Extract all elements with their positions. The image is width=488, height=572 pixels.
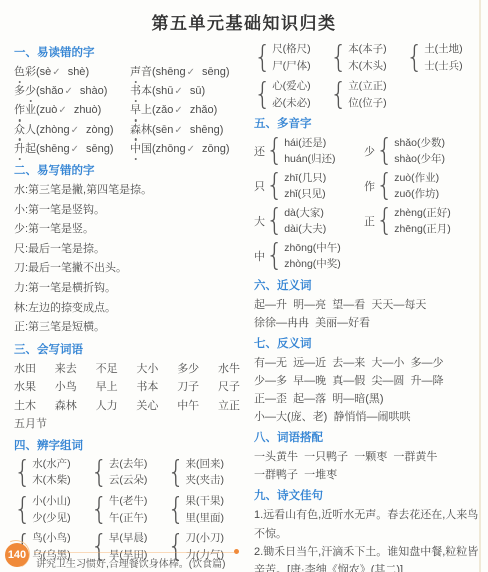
word-chars: 早上 — [130, 104, 152, 116]
word: 中午 — [177, 397, 199, 416]
compare-row: {小(小山)少(少见){牛(老牛)午(正午){果(干果)里(里面) — [14, 493, 244, 526]
polyphone-char: 正 — [364, 213, 375, 229]
brace-lines: 本(本子)木(木头) — [348, 41, 387, 74]
checkmark-icon: ✓ — [71, 125, 79, 136]
word: 刀子 — [177, 378, 199, 397]
word: 立正 — [218, 397, 240, 416]
compare-item: 少(少见) — [32, 510, 71, 527]
checkmark-icon: ✓ — [187, 67, 195, 78]
section-words-heading: 三、会写词语 — [14, 341, 244, 357]
brace-icon: { — [14, 491, 31, 528]
char: 书 — [130, 82, 141, 100]
polyphone-char: 少 — [364, 143, 375, 159]
brace-lines: 来(回来)夹(夹击) — [186, 456, 225, 489]
stroke-note-line: 少:第一笔是竖。 — [14, 220, 244, 240]
antonym-line: 少—多 早—晚 真—假 尖—圆 升—降 — [254, 372, 482, 390]
misread-word-entry: 中国(zhōng✓zōng) — [130, 140, 244, 159]
char: 上 — [141, 101, 152, 119]
char: 音 — [141, 63, 152, 81]
compare-item: 木(木头) — [348, 58, 387, 75]
compare-pairs-right: {尺(格尺)尸(尸体){本(本子)木(木头){土(土地)士(士兵){心(爱心)必… — [254, 41, 482, 111]
word-row: 土木森林人力关心中午立正 — [14, 397, 244, 416]
polyphone-readings: zhōng(中午)zhòng(中奖) — [284, 240, 341, 272]
brace-icon: { — [266, 202, 283, 239]
wrong-pinyin: zhǎo — [190, 104, 214, 116]
left-column: 一、易读错的字 色彩(sè✓shè)声音(shēng✓sēng)多少(shǎo✓… — [14, 41, 244, 572]
char: 业 — [25, 101, 36, 119]
brace-pair: {立(立正)位(位子) — [330, 78, 406, 111]
brace-pair: {牛(老牛)午(正午) — [91, 493, 168, 526]
compare-item: 小(小山) — [32, 493, 71, 510]
compare-row: {尺(格尺)尸(尸体){本(本子)木(木头){土(土地)士(士兵) — [254, 41, 482, 74]
polyphones-grid: 还{hái(还是)huán(归还)少{shǎo(少数)shào(少年)只{zhī… — [254, 134, 482, 274]
char: 众 — [14, 121, 25, 139]
reading-a: zhī(几只) — [284, 170, 326, 186]
polyphone-readings: shǎo(少数)shào(少年) — [394, 135, 445, 167]
char: 彩 — [25, 63, 36, 81]
word: 早上 — [96, 378, 118, 397]
polyphone-char: 中 — [254, 248, 265, 264]
brace-pair: {土(土地)士(士兵) — [406, 41, 482, 74]
brace-pair: {去(去年)云(云朵) — [91, 456, 168, 489]
stroke-note-line: 尺:最后一笔是捺。 — [14, 240, 244, 260]
brace-lines: 牛(老牛)午(正午) — [109, 493, 148, 526]
compare-item: 云(云朵) — [109, 472, 148, 489]
word: 不足 — [96, 360, 118, 379]
compare-item: 果(干果) — [186, 493, 225, 510]
brace-icon: { — [266, 132, 283, 169]
stroke-note-line: 小:第一笔是竖钩。 — [14, 201, 244, 221]
antonyms-list: 有—无 远—近 去—来 大—小 多—少少—多 早—晚 真—假 尖—圆 升—降正—… — [254, 354, 482, 426]
misread-word-entry: 多少(shǎo✓shào) — [14, 82, 130, 101]
reading-a: hái(还是) — [284, 135, 335, 151]
word-chars: 色彩 — [14, 66, 36, 78]
collocation-line: 一群鸭子 一堆枣 — [254, 466, 482, 484]
page-edge-line — [479, 0, 481, 572]
reading-a: zuò(作业) — [394, 170, 439, 186]
reading-a: zhōng(中午) — [284, 240, 341, 256]
misread-word-entry: 升起(shēng✓sēng) — [14, 140, 130, 159]
wrong-pinyin: sū — [190, 85, 202, 97]
reading-b: zuō(作坊) — [394, 186, 439, 202]
polyphone-entry: 少{shǎo(少数)shào(少年) — [364, 134, 482, 167]
char: 少 — [25, 82, 36, 100]
brace-icon: { — [167, 491, 184, 528]
section-antonyms-heading: 七、反义词 — [254, 335, 482, 351]
polyphone-readings: zuò(作业)zuō(作坊) — [394, 170, 439, 202]
word-chars: 升起 — [14, 143, 36, 155]
brace-pair: {果(干果)里(里面) — [167, 493, 244, 526]
misread-word-entry: 森林(sēn✓shēng) — [130, 121, 244, 140]
brace-icon: { — [254, 39, 271, 76]
brace-icon: { — [14, 454, 31, 491]
checkmark-icon: ✓ — [52, 67, 60, 78]
word: 土木 — [14, 397, 36, 416]
wrong-pinyin: shēng — [190, 124, 220, 136]
compare-item: 里(里面) — [186, 510, 225, 527]
compare-item: 夹(夹击) — [186, 472, 225, 489]
char: 声 — [130, 63, 141, 81]
misread-word-entry: 作业(zuò✓zhuò) — [14, 101, 130, 120]
char: 早 — [130, 101, 141, 119]
checkmark-icon: ✓ — [65, 86, 73, 97]
correct-pinyin: zhōng — [156, 143, 186, 155]
footer-text: 讲究卫生习惯好,合理餐饮身体棒。(饮食篇) — [36, 555, 225, 570]
compare-item: 土(土地) — [424, 41, 463, 58]
brace-pair: {来(回来)夹(夹击) — [167, 456, 244, 489]
brace-lines: 土(土地)士(士兵) — [424, 41, 463, 74]
page-footer: 140 讲究卫生习惯好,合理餐饮身体棒。(饮食篇) — [0, 538, 488, 572]
polyphone-readings: zhèng(正好)zhēng(正月) — [394, 205, 451, 237]
misread-word-entry: 早上(zǎo✓zhǎo) — [130, 101, 244, 120]
antonym-line: 小—大(庞、老) 静悄悄—闹哄哄 — [254, 408, 482, 426]
brace-pair: {本(本子)木(木头) — [330, 41, 406, 74]
compare-item: 木(木柴) — [32, 472, 71, 489]
misread-word-entry: 众人(zhòng✓zòng) — [14, 121, 130, 140]
word: 水果 — [14, 378, 36, 397]
wrong-pinyin: zōng — [202, 143, 226, 155]
char: 升 — [14, 140, 25, 158]
polyphone-entry: 正{zhèng(正好)zhēng(正月) — [364, 204, 482, 237]
char: 国 — [141, 140, 152, 158]
char: 中 — [130, 140, 141, 158]
content-columns: 一、易读错的字 色彩(sè✓shè)声音(shēng✓sēng)多少(shǎo✓… — [0, 41, 488, 572]
word: 水牛 — [218, 360, 240, 379]
word: 来去 — [55, 360, 77, 379]
compare-item: 本(本子) — [348, 41, 387, 58]
misread-word-entry: 色彩(sè✓shè) — [14, 63, 130, 82]
polyphone-char: 还 — [254, 143, 265, 159]
checkmark-icon: ✓ — [58, 105, 66, 116]
compare-item: 午(正午) — [109, 510, 148, 527]
char: 作 — [14, 101, 25, 119]
wrong-pinyin: sēng — [202, 66, 226, 78]
polyphone-entry: 中{zhōng(中午)zhòng(中奖) — [254, 239, 364, 272]
brace-icon: { — [406, 39, 423, 76]
polyphone-char: 作 — [364, 178, 375, 194]
antonym-line: 正—歪 起—落 明—暗(黑) — [254, 390, 482, 408]
polyphone-readings: zhī(几只)zhǐ(只见) — [284, 170, 326, 202]
wrong-pinyin: shè — [68, 66, 86, 78]
brace-icon: { — [167, 454, 184, 491]
brace-lines: 心(爱心)必(未必) — [272, 78, 311, 111]
correct-pinyin: shēng — [156, 66, 186, 78]
word: 关心 — [136, 397, 158, 416]
word-chars: 众人 — [14, 124, 36, 136]
brace-lines: 尺(格尺)尸(尸体) — [272, 41, 311, 74]
brace-icon: { — [266, 237, 283, 274]
checkmark-icon: ✓ — [174, 125, 182, 136]
compare-item: 心(爱心) — [272, 78, 311, 95]
reading-b: zhòng(中奖) — [284, 256, 341, 272]
wrong-pinyin: sēng — [86, 143, 110, 155]
section-polyphones-heading: 五、多音字 — [254, 115, 482, 131]
char: 色 — [14, 63, 25, 81]
correct-pinyin: sè — [40, 66, 52, 78]
polyphone-entry: 只{zhī(几只)zhǐ(只见) — [254, 169, 364, 202]
checkmark-icon: ✓ — [174, 105, 182, 116]
char: 多 — [14, 82, 25, 100]
stroke-note-line: 正:第三笔是短横。 — [14, 318, 244, 338]
reading-b: zhēng(正月) — [394, 221, 451, 237]
word-row: 五月节 — [14, 415, 244, 434]
char: 起 — [25, 140, 36, 158]
collocation-line: 一头黄牛 一只鸭子 一颗枣 一群黄牛 — [254, 448, 482, 466]
brace-icon: { — [330, 76, 347, 113]
checkmark-icon: ✓ — [71, 144, 79, 155]
antonym-line: 有—无 远—近 去—来 大—小 多—少 — [254, 354, 482, 372]
word-chars: 作业 — [14, 104, 36, 116]
correct-pinyin: shǎo — [40, 85, 64, 97]
brace-icon: { — [266, 167, 283, 204]
polyphone-entry: 作{zuò(作业)zuō(作坊) — [364, 169, 482, 202]
char: 森 — [130, 121, 141, 139]
misread-words-grid: 色彩(sè✓shè)声音(shēng✓sēng)多少(shǎo✓shào)书本(… — [14, 63, 244, 159]
checkmark-icon: ✓ — [187, 144, 195, 155]
synonym-line: 徐徐—冉冉 美丽—好看 — [254, 314, 482, 332]
reading-a: dà(大家) — [284, 205, 326, 221]
compare-item: 水(水产) — [32, 456, 71, 473]
reading-b: zhǐ(只见) — [284, 186, 326, 202]
polyphone-readings: hái(还是)huán(归还) — [284, 135, 335, 167]
page-number-badge: 140 — [5, 543, 29, 567]
compare-item: 去(去年) — [109, 456, 148, 473]
misread-word-entry: 书本(shū✓sū) — [130, 82, 244, 101]
word: 人力 — [96, 397, 118, 416]
stroke-note-line: 林:左边的捺变成点。 — [14, 299, 244, 319]
stroke-note-line: 力:第一笔是横折钩。 — [14, 279, 244, 299]
reading-a: zhèng(正好) — [394, 205, 451, 221]
section-misread-heading: 一、易读错的字 — [14, 44, 244, 60]
word-row: 水果小鸟早上书本刀子尺子 — [14, 378, 244, 397]
polyphone-char: 只 — [254, 178, 265, 194]
correct-pinyin: shēng — [40, 143, 70, 155]
brace-icon: { — [376, 202, 393, 239]
synonyms-list: 起—升 明—亮 望—看 天天—每天徐徐—冉冉 美丽—好看 — [254, 296, 482, 332]
char: 人 — [25, 121, 36, 139]
brace-pair: {水(水产)木(木柴) — [14, 456, 91, 489]
brace-icon: { — [376, 167, 393, 204]
misread-word-entry: 声音(shēng✓sēng) — [130, 63, 244, 82]
reading-b: shào(少年) — [394, 151, 445, 167]
polyphone-readings: dà(大家)dài(大夫) — [284, 205, 326, 237]
word: 多少 — [177, 360, 199, 379]
word-chars: 森林 — [130, 124, 152, 136]
page-title: 第五单元基础知识归类 — [0, 9, 488, 34]
footer-rule — [34, 552, 234, 553]
word-chars: 多少 — [14, 85, 36, 97]
compare-item: 来(回来) — [186, 456, 225, 473]
wrong-pinyin: shào — [80, 85, 104, 97]
synonym-line: 起—升 明—亮 望—看 天天—每天 — [254, 296, 482, 314]
wrong-pinyin: zòng — [86, 124, 110, 136]
polyphone-char: 大 — [254, 213, 265, 229]
brace-pair: {小(小山)少(少见) — [14, 493, 91, 526]
word: 水田 — [14, 360, 36, 379]
section-synonyms-heading: 六、近义词 — [254, 277, 482, 293]
stroke-note-line: 刀:最后一笔撇不出头。 — [14, 259, 244, 279]
brace-icon: { — [376, 132, 393, 169]
brace-lines: 果(干果)里(里面) — [186, 493, 225, 526]
word: 大小 — [136, 360, 158, 379]
correct-pinyin: zhòng — [40, 124, 70, 136]
word: 书本 — [136, 378, 158, 397]
brace-lines: 水(水产)木(木柴) — [32, 456, 71, 489]
char: 林 — [141, 121, 152, 139]
section-verses-heading: 九、诗文佳句 — [254, 487, 482, 503]
reading-a: shǎo(少数) — [394, 135, 445, 151]
word: 森林 — [55, 397, 77, 416]
compare-item: 位(位子) — [348, 95, 387, 112]
correct-pinyin: sēn — [156, 124, 174, 136]
char: 本 — [141, 82, 152, 100]
right-column: {尺(格尺)尸(尸体){本(本子)木(木头){土(土地)士(士兵){心(爱心)必… — [244, 41, 482, 572]
footer-dot-icon — [234, 549, 239, 554]
brace-lines: 去(去年)云(云朵) — [109, 456, 148, 489]
correct-pinyin: shū — [156, 85, 174, 97]
stroke-note-line: 水:第三笔是撇,第四笔是捺。 — [14, 181, 244, 201]
compare-item: 尸(尸体) — [272, 58, 311, 75]
compare-row: {心(爱心)必(未必){立(立正)位(位子) — [254, 78, 482, 111]
section-collocations-heading: 八、词语搭配 — [254, 429, 482, 445]
compare-item: 牛(老牛) — [109, 493, 148, 510]
word-list: 水田来去不足大小多少水牛水果小鸟早上书本刀子尺子土木森林人力关心中午立正五月节 — [14, 360, 244, 434]
section-miswritten-heading: 二、易写错的字 — [14, 162, 244, 178]
collocations-list: 一头黄牛 一只鸭子 一颗枣 一群黄牛一群鸭子 一堆枣 — [254, 448, 482, 484]
compare-item: 必(未必) — [272, 95, 311, 112]
word: 尺子 — [218, 378, 240, 397]
word-row: 水田来去不足大小多少水牛 — [14, 360, 244, 379]
brace-icon: { — [91, 491, 108, 528]
wrong-pinyin: zhuò — [74, 104, 98, 116]
miswritten-notes-list: 水:第三笔是撇,第四笔是捺。小:第一笔是竖钩。少:第一笔是竖。尺:最后一笔是捺。… — [14, 181, 244, 338]
compare-item: 尺(格尺) — [272, 41, 311, 58]
brace-lines: 立(立正)位(位子) — [348, 78, 387, 111]
compare-item: 士(士兵) — [424, 58, 463, 75]
word: 五月节 — [14, 418, 47, 430]
polyphone-entry: 还{hái(还是)huán(归还) — [254, 134, 364, 167]
correct-pinyin: zǎo — [156, 104, 174, 116]
word-chars: 书本 — [130, 85, 152, 97]
reading-b: dài(大夫) — [284, 221, 326, 237]
word: 小鸟 — [55, 378, 77, 397]
polyphone-entry: 大{dà(大家)dài(大夫) — [254, 204, 364, 237]
brace-pair: {尺(格尺)尸(尸体) — [254, 41, 330, 74]
reading-b: huán(归还) — [284, 151, 335, 167]
word-chars: 中国 — [130, 143, 152, 155]
correct-pinyin: zuò — [40, 104, 58, 116]
brace-icon: { — [254, 76, 271, 113]
brace-lines: 小(小山)少(少见) — [32, 493, 71, 526]
brace-icon: { — [330, 39, 347, 76]
checkmark-icon: ✓ — [174, 86, 182, 97]
brace-pair: {心(爱心)必(未必) — [254, 78, 330, 111]
section-compare-heading: 四、辨字组词 — [14, 437, 244, 453]
compare-item: 立(立正) — [348, 78, 387, 95]
brace-icon: { — [91, 454, 108, 491]
compare-row: {水(水产)木(木柴){去(去年)云(云朵){来(回来)夹(夹击) — [14, 456, 244, 489]
word-chars: 声音 — [130, 66, 152, 78]
